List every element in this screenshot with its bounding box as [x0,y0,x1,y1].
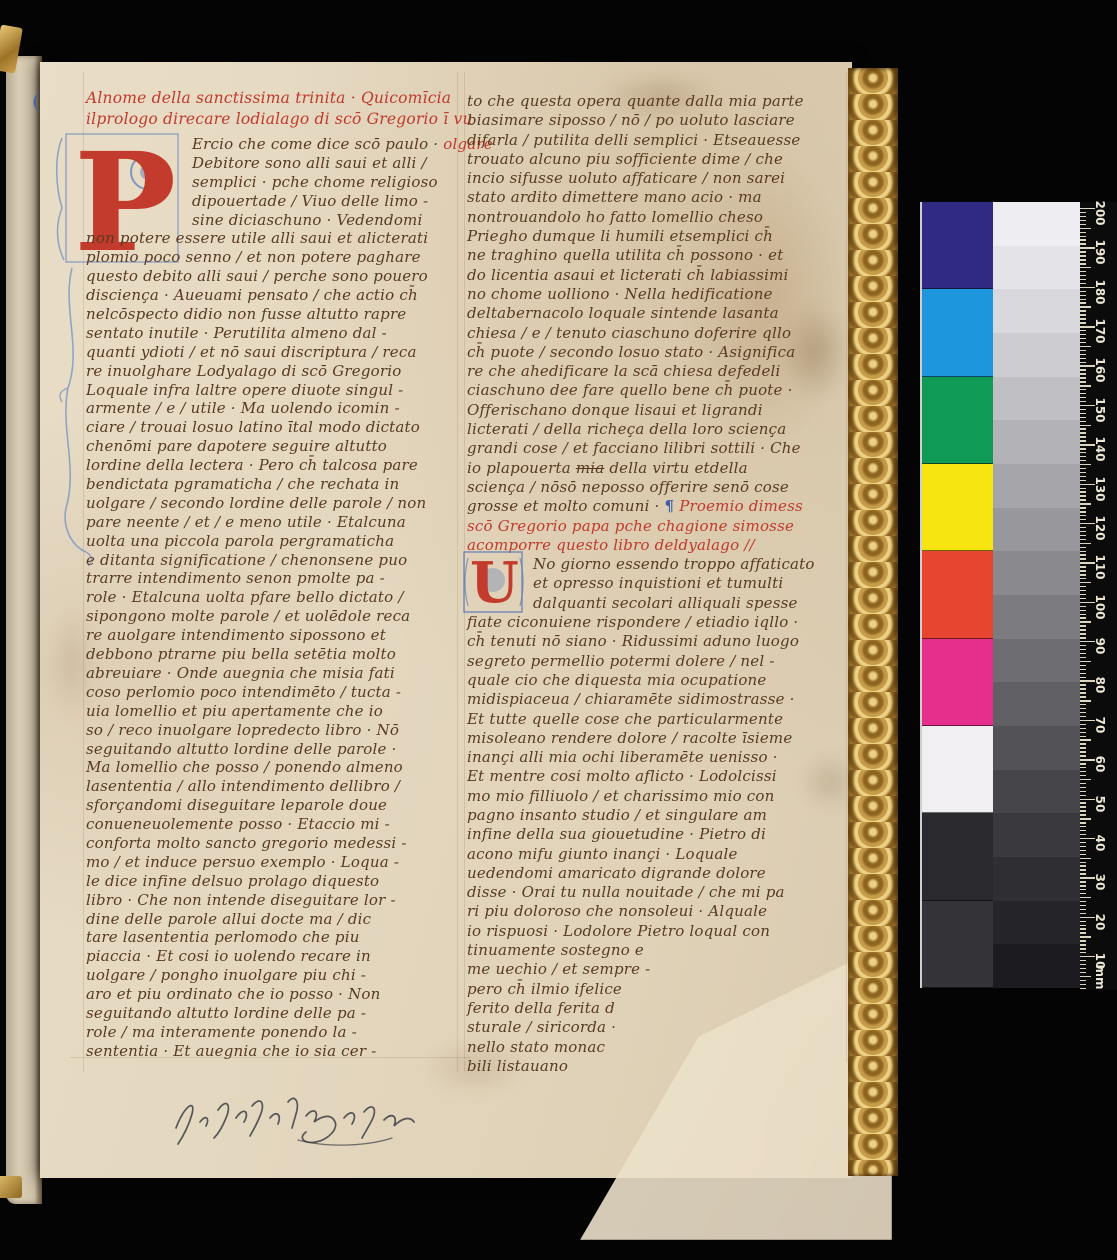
manuscript-text-line: quanti ydioti / et nō saui discriptura /… [86,343,493,362]
ruler-tick [1080,743,1086,744]
gray-step-0 [993,202,1080,246]
manuscript-text-line: licterati / della richeça della loro sci… [467,420,815,439]
ruler-tick [1080,354,1086,355]
manuscript-text-line: nello stato monac [467,1038,815,1057]
ink-text: piaccia · Et cosi io uolendo recare in [86,947,371,965]
ruler-tick [1080,830,1086,831]
manuscript-text-line: sciença / nōsō neposso offerire senō cos… [467,478,815,497]
ink-text: ri piu doloroso che nonsoleui · Alquale [467,902,767,920]
ruler-tick [1080,425,1091,426]
manuscript-text-line: inançi alli mia ochi liberamēte uenisso … [467,748,815,767]
ruler-tick [1080,854,1086,855]
ruler-unit-label: mm [1093,963,1107,991]
ruler-tick [1080,503,1091,504]
ruler-tick [1080,783,1086,784]
ruler-tick [1080,897,1091,898]
ink-text: ferito della ferita d [467,999,615,1017]
ruler-tick [1080,586,1086,587]
manuscript-text-line: trouato alcuno piu sofficiente dime / ch… [467,150,815,169]
ruler-tick [1080,566,1086,567]
ink-text: lordine della lectera · Pero ch̄ talcosa… [86,456,418,474]
ink-text: ch̄ puote / secondo losuo stato · Asigni… [467,343,795,361]
ruler-tick [1080,547,1086,548]
ink-text: No giorno essendo troppo affaticato [533,555,815,573]
ruler-tick [1080,476,1086,477]
manuscript-text-line: Debitore sono alli saui et alli / [86,154,493,173]
ink-text: sforçandomi diseguitare leparole doue [86,796,387,814]
ink-text: aro et piu ordinato che io posso · Non [86,985,381,1003]
ink-text: pero ch̄ ilmio ifelice [467,980,622,998]
ink-text: difarla / putilita delli semplici · Etse… [467,131,800,149]
ink-text: uolta una piccola parola pergramaticha [86,532,394,550]
color-patch-indigo [922,202,995,289]
ink-text: uedendomi amaricato digrande dolore [467,864,766,882]
ink-text: role · Etalcuna uolta pfare bello dictat… [86,588,404,606]
ruler-tick [1080,428,1086,429]
manuscript-text-line: seguitando altutto lordine delle parole … [86,740,493,759]
manuscript-text-line: trarre intendimento senon pmolte pa - [86,569,493,588]
ruler-tick [1080,881,1086,882]
ruler-tick [1080,791,1086,792]
ruler-tick [1080,314,1086,315]
manuscript-text-line: Offerischano donque lisaui et ligrandi [467,401,815,420]
manuscript-text-line: ciaschuno dee fare quello bene ch̄ puote… [467,381,815,400]
ruler-tick [1080,574,1086,575]
ink-text: tinuamente sostegno e [467,941,644,959]
manuscript-text-line: Et tutte quelle cose che particularmente [467,710,815,729]
manuscript-text-line: uolgare / pongho inuolgare piu chi - [86,966,493,985]
ink-text: mo / et induce persuo exemplo · Loqua - [86,853,399,871]
ink-text: seguitando altutto lordine delle pa - [86,1004,366,1022]
ruler-tick [1080,928,1086,929]
manuscript-text-line: stato ardito dimettere mano acio · ma [467,188,815,207]
ruler-label-160: 160 [1093,356,1107,384]
ink-text: non potere essere utile alli saui et ali… [86,229,428,247]
ruler-tick [1080,468,1086,469]
ruler-tick [1080,846,1086,847]
ruler-tick [1080,578,1086,579]
ruler-tick [1080,259,1086,260]
ruler-tick [1080,960,1086,961]
ruler-tick [1080,606,1086,607]
ink-text: bili listauano [467,1057,568,1075]
ink-text: semplici · pche chome religioso [192,173,438,191]
ink-text: sentato inutile · Perutilita almeno dal … [86,324,387,342]
ink-text: no chome uolliono · Nella hedificatione [467,285,773,303]
manuscript-text-line: Alnome della sanctissima trinita · Quico… [86,88,473,109]
ink-text: licterati / della richeça della loro sci… [467,420,786,438]
ruler-tick [1080,822,1086,823]
gray-step-6 [993,464,1080,508]
ink-text: pagno insanto studio / et singulare am [467,806,767,824]
ink-text: Et mentre cosi molto aflicto · Lodolciss… [467,767,777,785]
ruler-tick [1080,696,1086,697]
ink-text: deltabernacolo loquale sintende lasanta [467,304,779,322]
ruler-tick [1080,543,1091,544]
ruler-tick [1080,488,1086,489]
manuscript-text-line: tare lasententia perlomodo che piu [86,928,493,947]
ruler-tick [1080,617,1086,618]
ink-text: grandi cose / et facciano lilibri sottil… [467,439,801,457]
manuscript-text-line: ciare / trouai losuo latino ītal modo di… [86,418,493,437]
ruler-tick [1080,527,1086,528]
ink-text: stato ardito dimettere mano acio · ma [467,188,762,206]
ruler-tick [1080,901,1086,902]
manuscript-text-line: ch̄ puote / secondo losuo stato · Asigni… [467,343,815,362]
ruler-tick [1080,763,1086,764]
paraph-mark: ¶ [664,497,674,515]
ink-text: Debitore sono alli saui et alli / [192,154,427,172]
ink-text: disciença · Aueuami pensato / che actio … [86,286,418,304]
ruler-tick [1080,401,1086,402]
ink-text: ciaschuno dee fare quello bene ch̄ puote… [467,381,793,399]
ink-text: uolgare / secondo lordine delle parole /… [86,494,426,512]
ruler-tick [1080,334,1086,335]
ruler-tick [1080,732,1086,733]
manuscript-text-line: chiesa / e / tenuto ciaschuno doferire q… [467,324,815,343]
ink-text: pare neente / et / e meno utile · Etalcu… [86,513,406,531]
gilt-binding-corner-bottom [0,1176,22,1198]
ruler-tick [1080,393,1086,394]
manuscript-text-line: sine diciaschuno · Vedendomi [86,211,493,230]
ruler-tick [1080,988,1086,989]
gray-step-5 [993,420,1080,464]
color-patch-magenta [922,639,995,726]
ink-text: conforta molto sancto gregorio medessi - [86,834,407,852]
ruler-tick [1080,869,1086,870]
ruler-tick [1080,700,1091,701]
rubric-text: scō Gregorio papa pche chagione simosse [467,517,794,535]
manuscript-text-line: aro et piu ordinato che io posso · Non [86,985,493,1004]
ink-text: do licentia asaui et licterati ch̄ labia… [467,266,789,284]
manuscript-text-line: sentato inutile · Perutilita almeno dal … [86,324,493,343]
ruler-tick [1080,385,1091,386]
ink-text: trarre intendimento senon pmolte pa - [86,569,385,587]
gray-step-12 [993,726,1080,770]
ink-text: misoleano rendere dolore / racolte īsiem… [467,729,792,747]
manuscript-text-line: uia lomellio et piu apertamente che io [86,702,493,721]
ruling-guide [846,72,847,1062]
ruler-tick [1080,236,1086,237]
ink-text: chenōmi pare dapotere seguire altutto [86,437,387,455]
manuscript-text-line: ferito della ferita d [467,999,815,1018]
ruler-tick [1080,322,1086,323]
left-text-column: Ercio che come dice scō paulo · olgareDe… [86,135,493,1061]
ruler-tick [1080,373,1086,374]
manuscript-text-line: bili listauano [467,1057,815,1076]
ink-text: trouato alcuno piu sofficiente dime / ch… [467,150,783,168]
ruler-tick [1080,948,1086,949]
svg-text:U: U [470,550,519,616]
ruler-tick [1080,295,1086,296]
manuscript-text-line: uolgare / secondo lordine delle parole /… [86,494,493,513]
ruler-tick [1080,267,1091,268]
ruler-tick [1080,499,1086,500]
ruler-tick [1080,358,1086,359]
ruler-tick [1080,535,1086,536]
ruler-tick [1080,212,1086,213]
ruler-tick [1080,747,1086,748]
ruler-label-90: 90 [1093,632,1107,660]
ink-text: Ercio che come dice scō paulo · [192,135,438,153]
ruler-tick [1080,558,1086,559]
ruler-tick [1080,417,1086,418]
ruler-tick [1080,338,1086,339]
ruler-tick [1080,688,1086,689]
ruler-tick [1080,716,1086,717]
ink-text: mia [576,459,605,477]
manuscript-text-line: re auolgare intendimento sipossono et [86,626,493,645]
ruler-tick [1080,739,1091,740]
ink-text: incio sifusse uoluto affaticare / non sa… [467,169,785,187]
gray-step-3 [993,333,1080,377]
ink-text: uolgare / pongho inuolgare piu chi - [86,966,366,984]
ink-text: sine diciaschuno · Vedendomi [192,211,422,229]
color-patch-cyan [922,289,995,376]
ink-text: chiesa / e / tenuto ciaschuno doferire q… [467,324,791,342]
ruler-tick [1080,220,1086,221]
ink-text: sententia · Et auegnia che io sia cer - [86,1042,376,1060]
ruler-tick [1080,810,1086,811]
manuscript-text-line: plomio poco senno / et non potere paghar… [86,248,493,267]
ruler-tick [1080,377,1086,378]
ruler-tick [1080,724,1086,725]
manuscript-text-line: pero ch̄ ilmio ifelice [467,980,815,999]
ink-text: nontrouandolo ho fatto lomellio cheso [467,208,763,226]
ink-text: re che ahedificare la scā chiesa defedel… [467,362,781,380]
gray-step-16 [993,901,1080,945]
manuscript-text-line: biasimare siposso / nō / po uoluto lasci… [467,111,815,130]
ruler-tick [1080,519,1086,520]
ink-text: ciare / trouai losuo latino ītal modo di… [86,418,420,436]
ruler-tick [1080,409,1086,410]
ruler-tick [1080,862,1086,863]
manuscript-text-line: Ma lomellio che posso / ponendo almeno [86,758,493,777]
illuminated-initial-U: U [462,550,526,616]
gray-step-2 [993,289,1080,333]
manuscript-text-line: disse · Orai tu nulla nouitade / che mi … [467,883,815,902]
manuscript-text-line: pagno insanto studio / et singulare am [467,806,815,825]
ruler-tick [1080,306,1091,307]
ink-text: nello stato monac [467,1038,605,1056]
ink-text: e ditanta significatione / chenonsene pu… [86,551,407,569]
ruler-tick [1080,755,1086,756]
ruler-tick [1080,224,1086,225]
manuscript-text-line: libro · Che non intende diseguitare lor … [86,891,493,910]
ruler-label-100: 100 [1093,593,1107,621]
ruler-tick [1080,893,1086,894]
ruler-tick [1080,858,1091,859]
gray-step-4 [993,377,1080,421]
manuscript-text-line: ri piu doloroso che nonsoleui · Alquale [467,902,815,921]
ruler-tick [1080,925,1086,926]
ruler-label-50: 50 [1093,790,1107,818]
ruler-tick [1080,834,1086,835]
ruler-tick [1080,779,1091,780]
ruler-label-30: 30 [1093,868,1107,896]
ruler-tick [1080,984,1086,985]
ruler-tick [1080,677,1086,678]
ruler-tick [1080,802,1086,803]
ruler-label-140: 140 [1093,435,1107,463]
ruler-tick [1080,511,1086,512]
ink-text: uia lomellio et piu apertamente che io [86,702,383,720]
ink-text: et opresso inquistioni et tumulti [533,574,783,592]
ruler-tick [1080,850,1086,851]
ruler-label-80: 80 [1093,671,1107,699]
ruler-tick [1080,239,1086,240]
ink-text: role / ma interamente ponendo la - [86,1023,357,1041]
ruler-tick [1080,251,1086,252]
ruler-tick [1080,310,1086,311]
manuscript-text-line: Ercio che come dice scō paulo · olgare [86,135,493,154]
ruler-tick [1080,531,1086,532]
ink-text: conueneuolemente posso · Etaccio mi - [86,815,390,833]
manuscript-text-line: nelcōspecto didio non fusse altutto rapr… [86,305,493,324]
ruler-tick [1080,590,1086,591]
ruler-tick [1080,413,1086,414]
manuscript-text-line: conueneuolemente posso · Etaccio mi - [86,815,493,834]
manuscript-text-line: role · Etalcuna uolta pfare bello dictat… [86,588,493,607]
ruler-tick [1080,673,1086,674]
color-patch-black [922,813,995,900]
ruler-tick [1080,381,1086,382]
ink-text: ne traghino quella utilita ch̄ possono ·… [467,246,783,264]
ink-text: sciença / nōsō neposso offerire senō cos… [467,478,789,496]
rubric-text: ilprologo direcare lodialago di scō Greg… [86,110,473,128]
ruler-tick [1080,495,1086,496]
ink-text: to che questa opera quante dalla mia par… [467,92,804,110]
ink-text: Ma lomellio che posso / ponendo almeno [86,758,403,776]
manuscript-text-line: le dice infine delsuo prolago diquesto [86,872,493,891]
ruler-tick [1080,440,1086,441]
ink-text: midispiaceua / chiaramēte sidimostrasse … [467,690,795,708]
ruler-tick [1080,291,1086,292]
manuscript-text-line: sipongono molte parole / et uolēdole rec… [86,607,493,626]
ruler-tick [1080,346,1091,347]
manuscript-text-line: do licentia asaui et licterati ch̄ labia… [467,266,815,285]
ruler-tick [1080,649,1086,650]
ruler-tick [1080,464,1091,465]
heading-rubric: Alnome della sanctissima trinita · Quico… [86,88,473,130]
manuscript-text-line: pare neente / et / e meno utile · Etalcu… [86,513,493,532]
ink-text: dipouertade / Viuo delle limo - [192,192,428,210]
ruler-tick [1080,728,1086,729]
ruler-tick [1080,653,1086,654]
manuscript-text-line: segreto permellio potermi dolere / nel - [467,652,815,671]
manuscript-text-line: mo mio filliuolo / et charissimo mio con [467,787,815,806]
manuscript-text-line: acono mifu giunto inançi · Loquale [467,845,815,864]
ruler-tick [1080,767,1086,768]
ink-text: le dice infine delsuo prolago diquesto [86,872,379,890]
color-patch-column [920,202,993,988]
ruler-tick [1080,302,1086,303]
ink-text: so / reco inuolgare lopredecto libro · N… [86,721,399,739]
manuscript-text-line: conforta molto sancto gregorio medessi - [86,834,493,853]
ruler-tick [1080,708,1086,709]
ruler-tick [1080,551,1086,552]
manuscript-text-line: midispiaceua / chiaramēte sidimostrasse … [467,690,815,709]
ruler-tick [1080,582,1091,583]
ink-text: dine delle parole allui docte ma / dic [86,910,371,928]
ruler-tick [1080,271,1086,272]
gray-step-9 [993,595,1080,639]
ruler-label-20: 20 [1093,908,1107,936]
gray-step-15 [993,857,1080,901]
ruler-tick [1080,436,1086,437]
manuscript-text-line: grosse et molto comuni · ¶ Proemio dimes… [467,497,815,516]
ruler-label-170: 170 [1093,317,1107,345]
ruler-label-200: 200 [1093,199,1107,227]
manuscript-text-line: tinuamente sostegno e [467,941,815,960]
mm-ruler: 2001901801701601501401301201101009080706… [1080,202,1117,990]
rubric-text: Alnome della sanctissima trinita · Quico… [86,89,451,107]
ruler-tick [1080,972,1086,973]
ruler-tick [1080,318,1086,319]
gray-step-10 [993,639,1080,683]
ruler-tick [1080,216,1086,217]
manuscript-text-line: no chome uolliono · Nella hedificatione [467,285,815,304]
manuscript-text-line: armente / e / utile · Ma uolendo icomin … [86,399,493,418]
manuscript-text-line: infine della sua giouetudine · Pietro di [467,825,815,844]
manuscript-text-line: deltabernacolo loquale sintende lasanta [467,304,815,323]
manuscript-text-line: re che ahedificare la scā chiesa defedel… [467,362,815,381]
manuscript-text-line: piaccia · Et cosi io uolendo recare in [86,947,493,966]
blue-paraph-ornament [26,90,44,114]
ruler-tick [1080,889,1086,890]
ownership-signature [148,1088,448,1150]
ruler-tick [1080,491,1086,492]
ruler-tick [1080,736,1086,737]
ruler-tick [1080,826,1086,827]
manuscript-text-line: misoleano rendere dolore / racolte īsiem… [467,729,815,748]
ruler-tick [1080,806,1086,807]
gilt-fore-edge [848,68,898,1176]
ink-text: re inuolghare Lodyalago di scō Gregorio [86,362,401,380]
ink-text: sturale / siricorda · [467,1018,616,1036]
ruler-tick [1080,936,1091,937]
ruler-tick [1080,980,1086,981]
ruler-tick [1080,554,1086,555]
ink-text: tare lasententia perlomodo che piu [86,928,360,946]
manuscript-text-line: io plapouerta mia della virtu etdella [467,459,815,478]
ink-text: armente / e / utile · Ma uolendo icomin … [86,399,400,417]
manuscript-text-line: disciença · Aueuami pensato / che actio … [86,286,493,305]
manuscript-text-line: to che questa opera quante dalla mia par… [467,92,815,111]
gray-step-17 [993,944,1080,988]
gray-step-7 [993,508,1080,552]
ruler-tick [1080,968,1086,969]
ruler-tick [1080,279,1086,280]
gray-step-14 [993,813,1080,857]
flyleaf-edge [6,56,42,1204]
manuscript-text-line: sententia · Et auegnia che io sia cer - [86,1042,493,1061]
ruler-tick [1080,507,1086,508]
ruler-label-180: 180 [1093,278,1107,306]
manuscript-text-line: coso perlomio poco intendimēto / tucta - [86,683,493,702]
ruler-tick [1080,944,1086,945]
ruler-tick [1080,940,1086,941]
ruler-tick [1080,787,1086,788]
color-patch-green [922,377,995,464]
ruler-label-130: 130 [1093,475,1107,503]
ink-text: grosse et molto comuni · [467,497,664,515]
ruler-tick [1080,228,1091,229]
rubric-text: Proemio dimess [674,497,803,515]
ink-text: Et tutte quelle cose che particularmente [467,710,783,728]
ruler-tick [1080,818,1091,819]
ruler-tick [1080,625,1086,626]
